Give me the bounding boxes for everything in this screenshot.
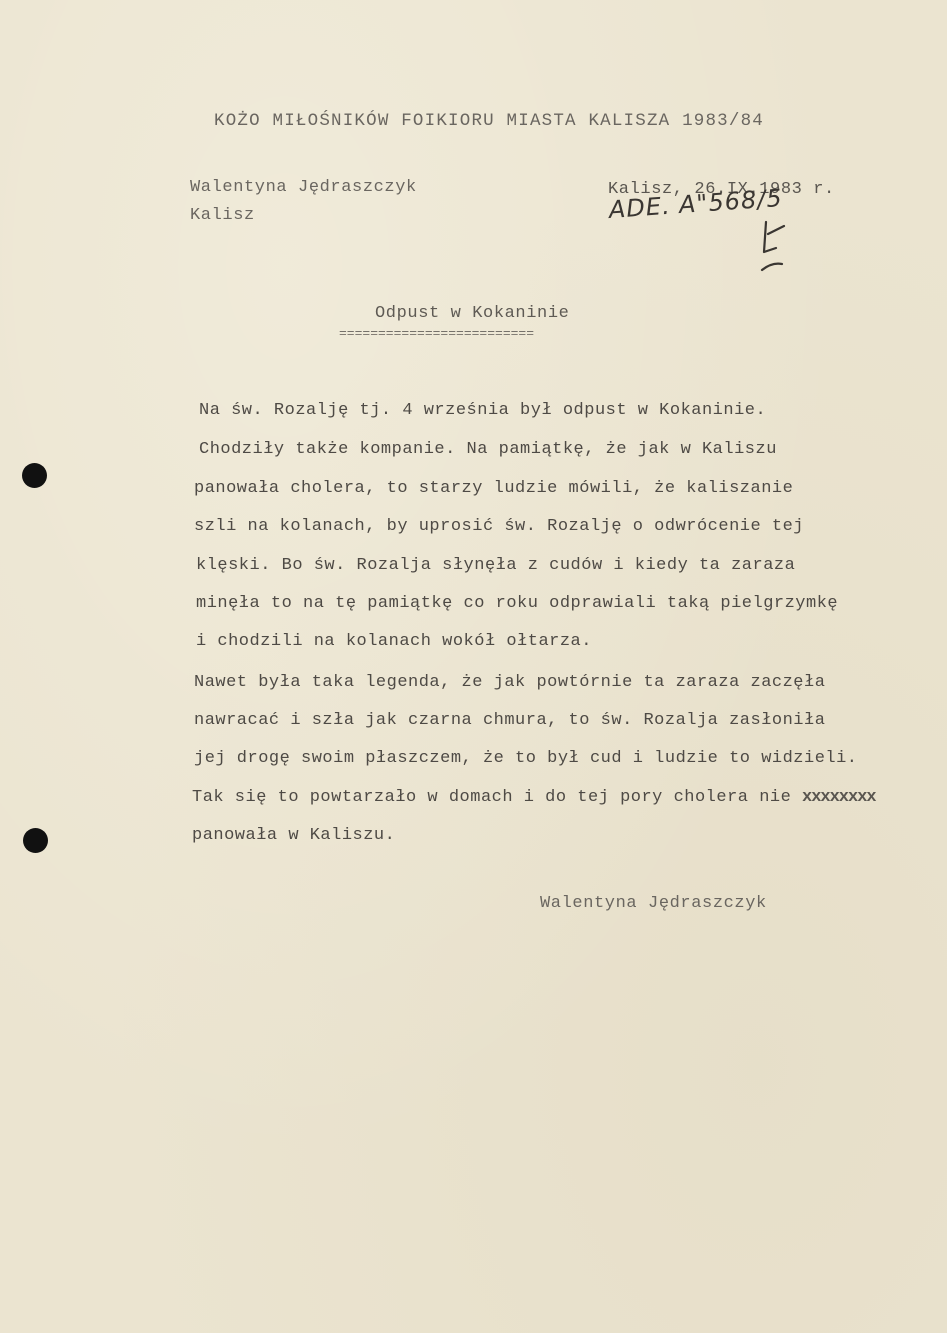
struck-out-text: xxxxxxxx <box>802 788 876 807</box>
body-line: jej drogę swoim płaszczem, że to był cud… <box>194 749 858 768</box>
body-line: Chodziły także kompanie. Na pamiątkę, że… <box>199 440 777 459</box>
author-name: Walentyna Jędraszczyk <box>190 178 417 197</box>
body-line: klęski. Bo św. Rozalja słynęła z cudów i… <box>196 556 795 575</box>
punch-hole-top <box>22 463 47 488</box>
body-line: szli na kolanach, by uprosić św. Rozalję… <box>194 517 804 536</box>
body-line: Na św. Rozalję tj. 4 września był odpust… <box>199 401 766 420</box>
body-line: Tak się to powtarzało w domach i do tej … <box>192 788 876 807</box>
body-line-text: Tak się to powtarzało w domach i do tej … <box>192 788 802 807</box>
handwritten-mark-icon <box>758 212 798 272</box>
body-line: nawracać i szła jak czarna chmura, to św… <box>194 711 825 730</box>
title-underline: ========================= <box>339 326 534 341</box>
body-line: panowała cholera, to starzy ludzie mówil… <box>194 479 793 498</box>
punch-hole-bottom <box>23 828 48 853</box>
document-title: Odpust w Kokaninie <box>375 304 569 323</box>
paper-background <box>0 0 947 1333</box>
document-header: KOŻO MIŁOŚNIKÓW FOIKIORU MIASTA KALISZA … <box>214 111 764 131</box>
body-line: panowała w Kaliszu. <box>192 826 395 845</box>
author-city: Kalisz <box>190 206 255 225</box>
body-line: Nawet była taka legenda, że jak powtórni… <box>194 673 825 692</box>
body-line: i chodzili na kolanach wokół ołtarza. <box>196 632 592 651</box>
body-line: minęła to na tę pamiątkę co roku odprawi… <box>196 594 838 613</box>
signature: Walentyna Jędraszczyk <box>540 894 767 913</box>
